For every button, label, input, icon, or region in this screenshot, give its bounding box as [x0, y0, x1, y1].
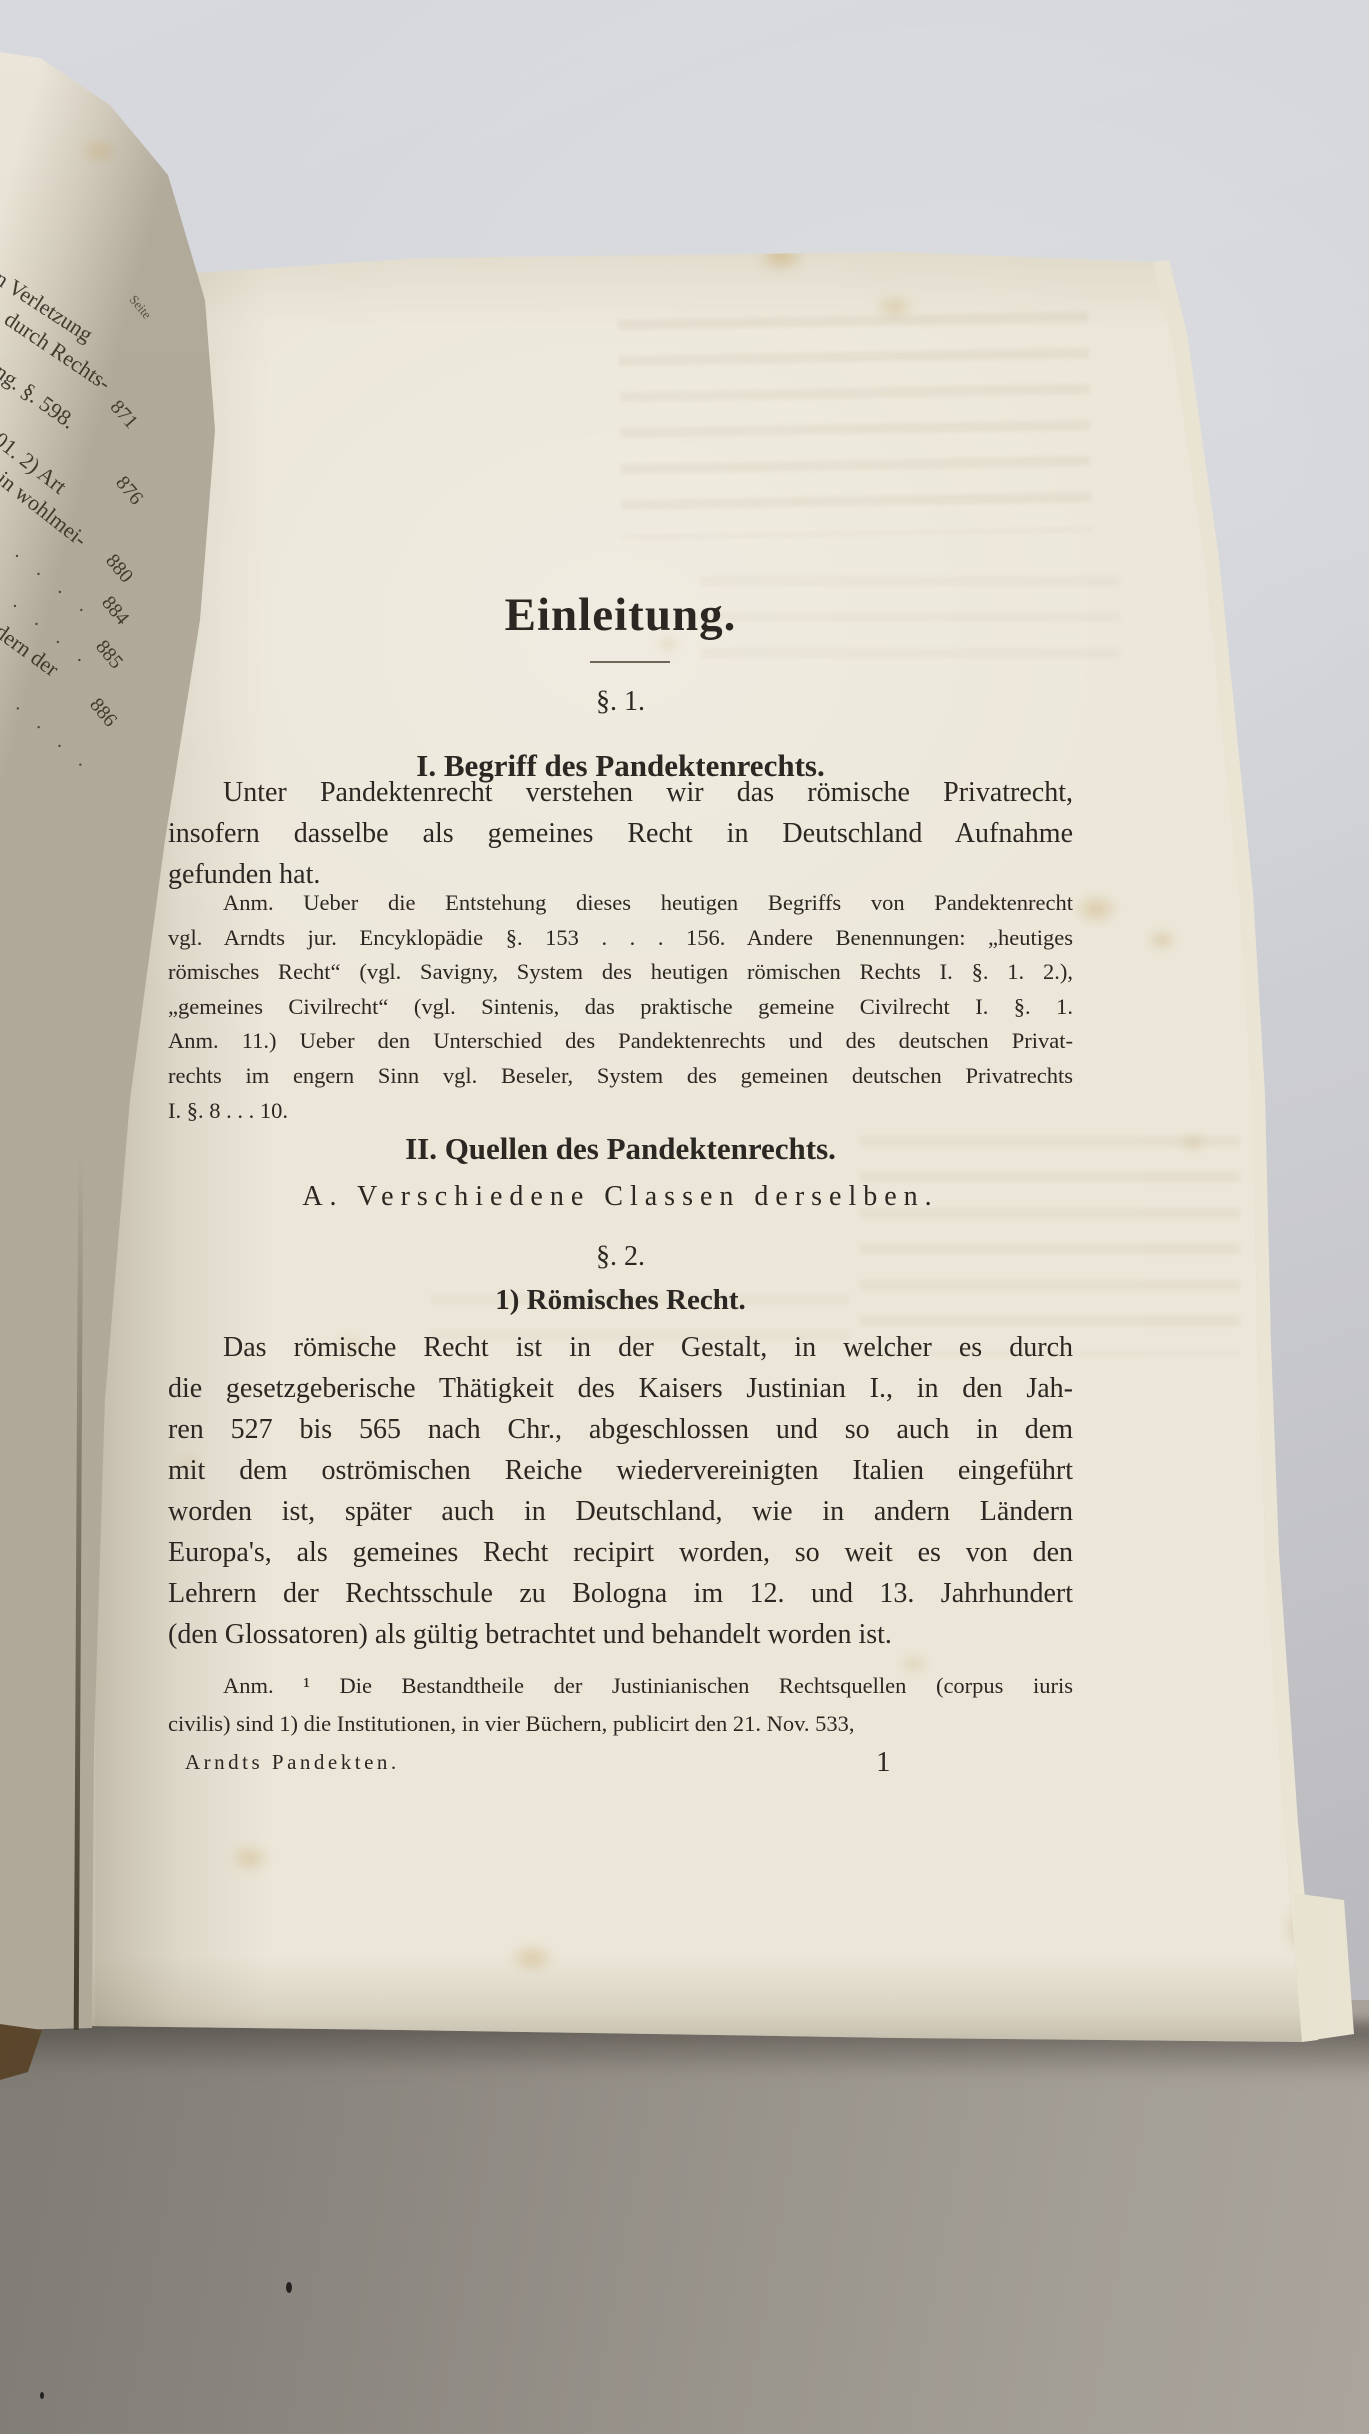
foxing-spot — [1072, 892, 1120, 926]
section-2-subheading: A. Verschiedene Classen derselben. — [168, 1181, 1073, 1213]
section-2-heading: II. Quellen des Pandektenrechts. — [168, 1131, 1073, 1167]
foxing-spot — [78, 136, 120, 166]
footer-signature: Arndts Pandekten. — [185, 1750, 400, 1775]
foxing-spot — [872, 292, 916, 322]
note-line: Anm. ¹ Die Bestandtheile der Justinianis… — [168, 1667, 1073, 1705]
section-1-paragraph: Unter Pandektenrecht verstehen wir das r… — [168, 772, 1073, 895]
foxing-spot — [228, 1842, 272, 1874]
note-line: „gemeines Civilrecht“ (vgl. Sintenis, da… — [168, 990, 1073, 1025]
section-1-number: §. 1. — [168, 686, 1073, 718]
paragraph-line: worden ist, später auch in Deutschland, … — [168, 1491, 1073, 1532]
section-2-subsection-heading: 1) Römisches Recht. — [168, 1284, 1073, 1317]
page-number: 1 — [876, 1746, 891, 1779]
title-rule — [590, 661, 670, 663]
paragraph-line: Europa's, als gemeines Recht recipirt wo… — [168, 1532, 1073, 1573]
paragraph-line: ren 527 bis 565 nach Chr., abgeschlossen… — [168, 1409, 1073, 1450]
foxing-spot — [1178, 1132, 1208, 1154]
section-2-number: §. 2. — [168, 1241, 1073, 1273]
book-photo: Einleitung. §. 1. I. Begriff des Pandekt… — [0, 0, 1369, 2434]
chapter-title: Einleitung. — [168, 588, 1073, 642]
paragraph-line: mit dem oströmischen Reiche wiederverein… — [168, 1450, 1073, 1491]
dust-speck — [40, 2392, 44, 2399]
section-2-note: Anm. ¹ Die Bestandtheile der Justinianis… — [168, 1667, 1073, 1743]
note-line: civilis) sind 1) die Institutionen, in v… — [168, 1705, 1073, 1743]
note-line: rechts im engern Sinn vgl. Beseler, Syst… — [168, 1059, 1073, 1094]
paragraph-line: die gesetzgeberische Thätigkeit des Kais… — [168, 1368, 1073, 1409]
section-2-paragraph: Das römische Recht ist in der Gestalt, i… — [168, 1327, 1073, 1655]
foxing-spot — [508, 1942, 556, 1974]
note-line: I. §. 8 . . . 10. — [168, 1094, 1073, 1129]
paragraph-line: Lehrern der Rechtsschule zu Bologna im 1… — [168, 1573, 1073, 1614]
note-line: vgl. Arndts jur. Encyklopädie §. 153 . .… — [168, 921, 1073, 956]
paragraph-line: insofern dasselbe als gemeines Recht in … — [168, 813, 1073, 854]
note-line: Anm. 11.) Ueber den Unterschied des Pand… — [168, 1024, 1073, 1059]
bleed-through-text — [618, 296, 1092, 539]
foxing-spot — [1146, 928, 1178, 952]
note-line: Anm. Ueber die Entstehung dieses heutige… — [168, 886, 1073, 921]
paragraph-line: (den Glossatoren) als gültig betrachtet … — [168, 1614, 1073, 1655]
note-line: römisches Recht“ (vgl. Savigny, System d… — [168, 955, 1073, 990]
paragraph-line: Unter Pandektenrecht verstehen wir das r… — [168, 772, 1073, 813]
dust-speck — [286, 2282, 292, 2293]
paragraph-line: Das römische Recht ist in der Gestalt, i… — [168, 1327, 1073, 1368]
section-1-note: Anm. Ueber die Entstehung dieses heutige… — [168, 886, 1073, 1128]
